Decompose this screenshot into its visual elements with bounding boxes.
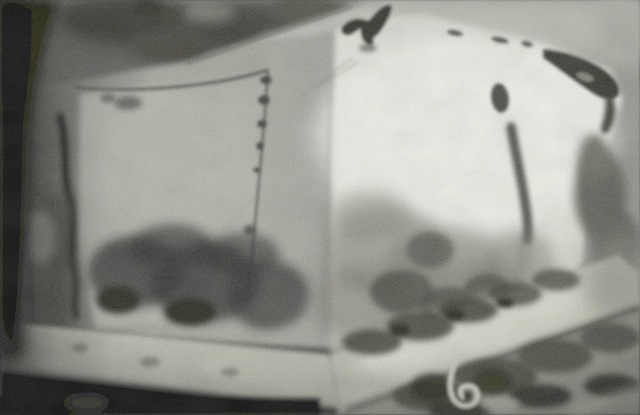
film-grain-2 [0, 0, 640, 415]
photo-canvas: Grainy black-and-white photograph of a m… [0, 0, 640, 415]
photograph: Grainy black-and-white photograph of a m… [0, 0, 640, 415]
photo-texture [0, 0, 640, 415]
